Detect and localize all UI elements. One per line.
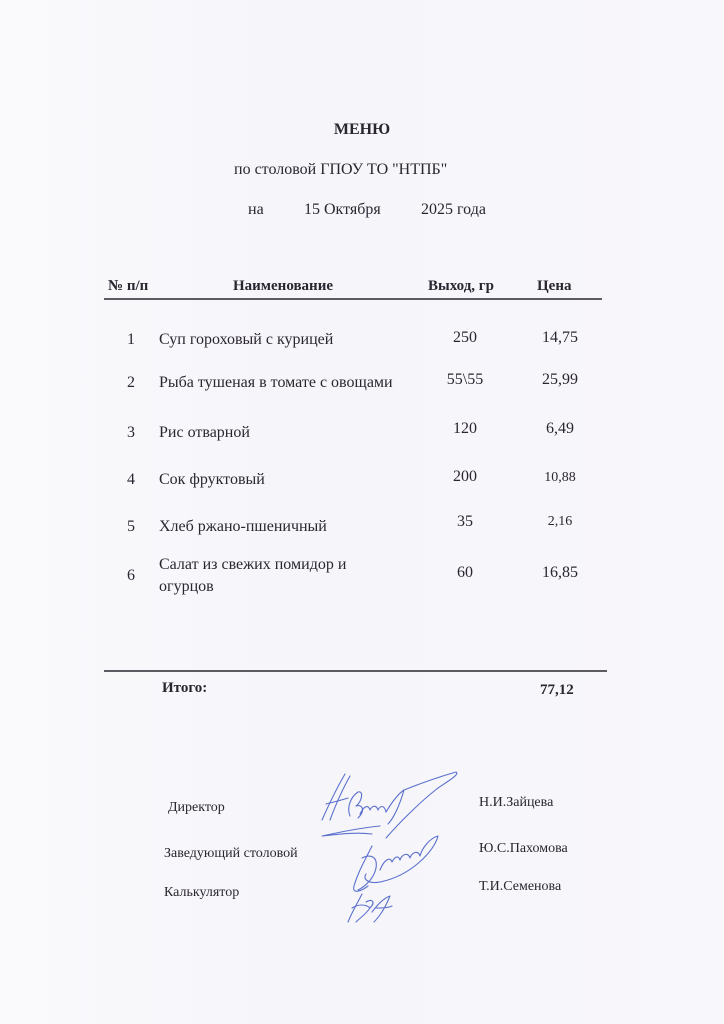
row-price: 6,49 <box>525 420 595 438</box>
row-yield: 60 <box>425 564 505 582</box>
row-yield: 55\55 <box>425 371 505 389</box>
total-label: Итого: <box>162 680 207 697</box>
column-header-price: Цена <box>537 278 571 295</box>
total-value: 77,12 <box>540 682 574 699</box>
column-header-name: Наименование <box>233 278 333 295</box>
menu-document: МЕНЮ по столовой ГПОУ ТО "НТПБ" на 15 Ок… <box>0 0 724 1024</box>
signatory-role-director: Директор <box>168 800 225 816</box>
row-number: 2 <box>127 374 135 392</box>
row-yield: 250 <box>425 329 505 347</box>
signature-canteen-head-icon <box>354 836 438 891</box>
row-name: Сок фруктовый <box>159 470 265 490</box>
row-name: Рыба тушеная в томате с овощами <box>159 373 393 393</box>
signature-calculator-icon <box>348 894 392 922</box>
row-name-line2: огурцов <box>159 577 214 597</box>
row-yield: 120 <box>425 420 505 438</box>
row-number: 3 <box>127 424 135 442</box>
row-number: 1 <box>127 331 135 349</box>
row-yield: 200 <box>425 468 505 486</box>
date-year: 2025 года <box>421 201 486 219</box>
column-header-yield: Выход, гр <box>428 278 494 295</box>
signatory-role-calculator: Калькулятор <box>164 885 239 901</box>
signatory-role-canteen-head: Заведующий столовой <box>164 846 298 862</box>
header-divider <box>104 298 602 300</box>
signatory-name-canteen-head: Ю.С.Пахомова <box>479 841 568 857</box>
row-price: 16,85 <box>525 564 595 582</box>
row-name: Салат из свежих помидор и <box>159 555 346 575</box>
row-name: Рис отварной <box>159 423 250 443</box>
page-title: МЕНЮ <box>0 121 724 139</box>
column-header-number: № п/п <box>108 278 148 295</box>
subtitle: по столовой ГПОУ ТО "НТПБ" <box>234 161 447 179</box>
signature-director-icon <box>322 772 457 838</box>
row-name: Суп гороховый с курицей <box>159 330 333 350</box>
signatory-name-director: Н.И.Зайцева <box>479 795 553 811</box>
row-price: 25,99 <box>525 371 595 389</box>
date-prefix: на <box>248 201 264 219</box>
row-yield: 35 <box>425 513 505 531</box>
row-price: 14,75 <box>525 329 595 347</box>
handwritten-signatures <box>300 762 470 932</box>
date-day-month: 15 Октября <box>304 201 381 219</box>
row-price: 2,16 <box>525 514 595 530</box>
row-price: 10,88 <box>525 470 595 486</box>
signatory-name-calculator: Т.И.Семенова <box>479 879 561 895</box>
row-number: 6 <box>127 567 135 585</box>
total-divider <box>104 670 607 672</box>
page-title-text: МЕНЮ <box>334 121 390 138</box>
row-number: 5 <box>127 518 135 536</box>
row-number: 4 <box>127 471 135 489</box>
row-name: Хлеб ржано-пшеничный <box>159 517 327 537</box>
